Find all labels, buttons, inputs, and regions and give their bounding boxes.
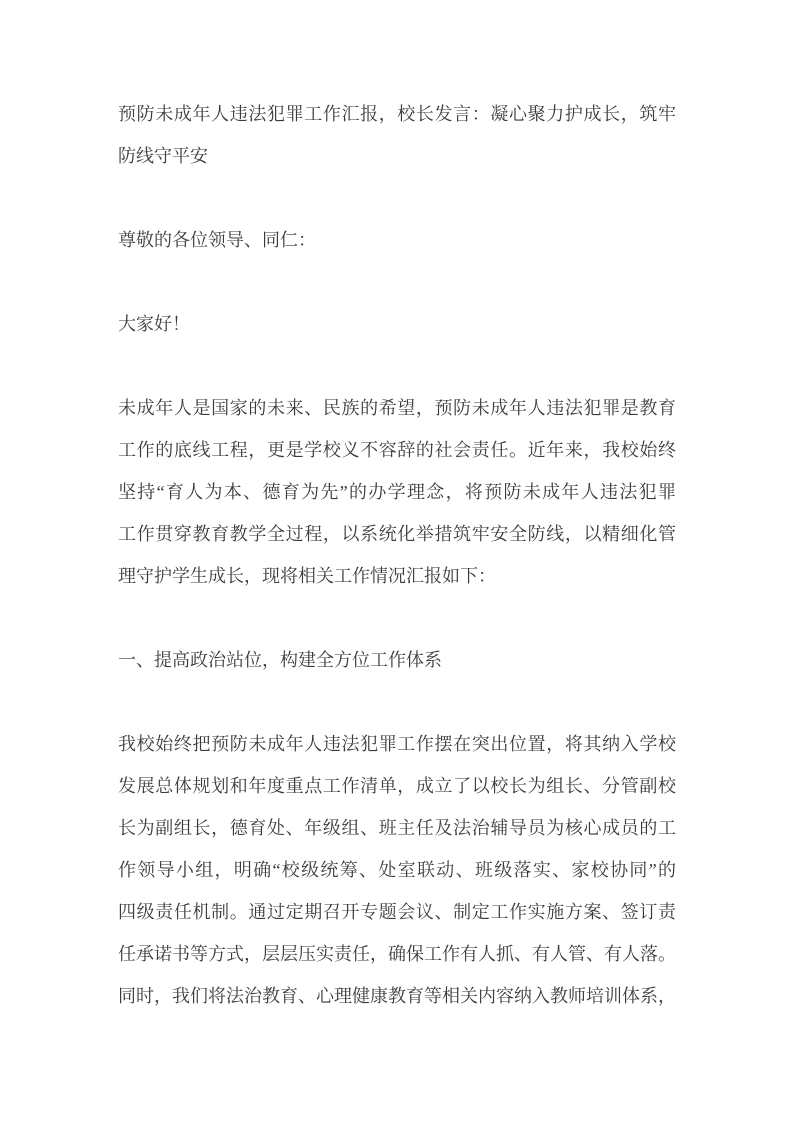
text-line: 尊敬的各位领导、同仁：	[118, 219, 676, 261]
text-line: 工作贯穿教育教学全过程，以系统化举措筑牢安全防线，以精细化管	[118, 513, 676, 555]
text-line: 长为副组长，德育处、年级组、班主任及法治辅导员为核心成员的工	[118, 807, 676, 849]
text-line: 一、提高政治站位，构建全方位工作体系	[118, 639, 676, 681]
document-content: 预防未成年人违法犯罪工作汇报，校长发言：凝心聚力护成长，筑牢防线守平安 尊敬的各…	[118, 93, 676, 1017]
section-1-heading: 一、提高政治站位，构建全方位工作体系	[118, 639, 676, 681]
text-line: 作领导小组，明确“校级统筹、处室联动、班级落实、家校协同”的	[118, 849, 676, 891]
text-line: 理守护学生成长，现将相关工作情况汇报如下：	[118, 555, 676, 597]
text-line: 同时，我们将法治教育、心理健康教育等相关内容纳入教师培训体系，	[118, 975, 676, 1017]
text-line: 未成年人是国家的未来、民族的希望，预防未成年人违法犯罪是教育	[118, 387, 676, 429]
text-line: 预防未成年人违法犯罪工作汇报，校长发言：凝心聚力护成长，筑牢	[118, 93, 676, 135]
text-line: 坚持“育人为本、德育为先”的办学理念，将预防未成年人违法犯罪	[118, 471, 676, 513]
greeting-line: 大家好！	[118, 303, 676, 345]
text-line: 任承诺书等方式，层层压实责任，确保工作有人抓、有人管、有人落。	[118, 933, 676, 975]
text-line: 防线守平安	[118, 135, 676, 177]
text-line: 发展总体规划和年度重点工作清单，成立了以校长为组长、分管副校	[118, 765, 676, 807]
text-line: 我校始终把预防未成年人违法犯罪工作摆在突出位置，将其纳入学校	[118, 723, 676, 765]
intro-paragraph: 未成年人是国家的未来、民族的希望，预防未成年人违法犯罪是教育工作的底线工程，更是…	[118, 387, 676, 597]
text-line: 工作的底线工程，更是学校义不容辞的社会责任。近年来，我校始终	[118, 429, 676, 471]
document-title: 预防未成年人违法犯罪工作汇报，校长发言：凝心聚力护成长，筑牢防线守平安	[118, 93, 676, 177]
salutation-line: 尊敬的各位领导、同仁：	[118, 219, 676, 261]
section-1-paragraph: 我校始终把预防未成年人违法犯罪工作摆在突出位置，将其纳入学校发展总体规划和年度重…	[118, 723, 676, 1017]
text-line: 四级责任机制。通过定期召开专题会议、制定工作实施方案、签订责	[118, 891, 676, 933]
document-page: 预防未成年人违法犯罪工作汇报，校长发言：凝心聚力护成长，筑牢防线守平安 尊敬的各…	[0, 0, 793, 1122]
text-line: 大家好！	[118, 303, 676, 345]
